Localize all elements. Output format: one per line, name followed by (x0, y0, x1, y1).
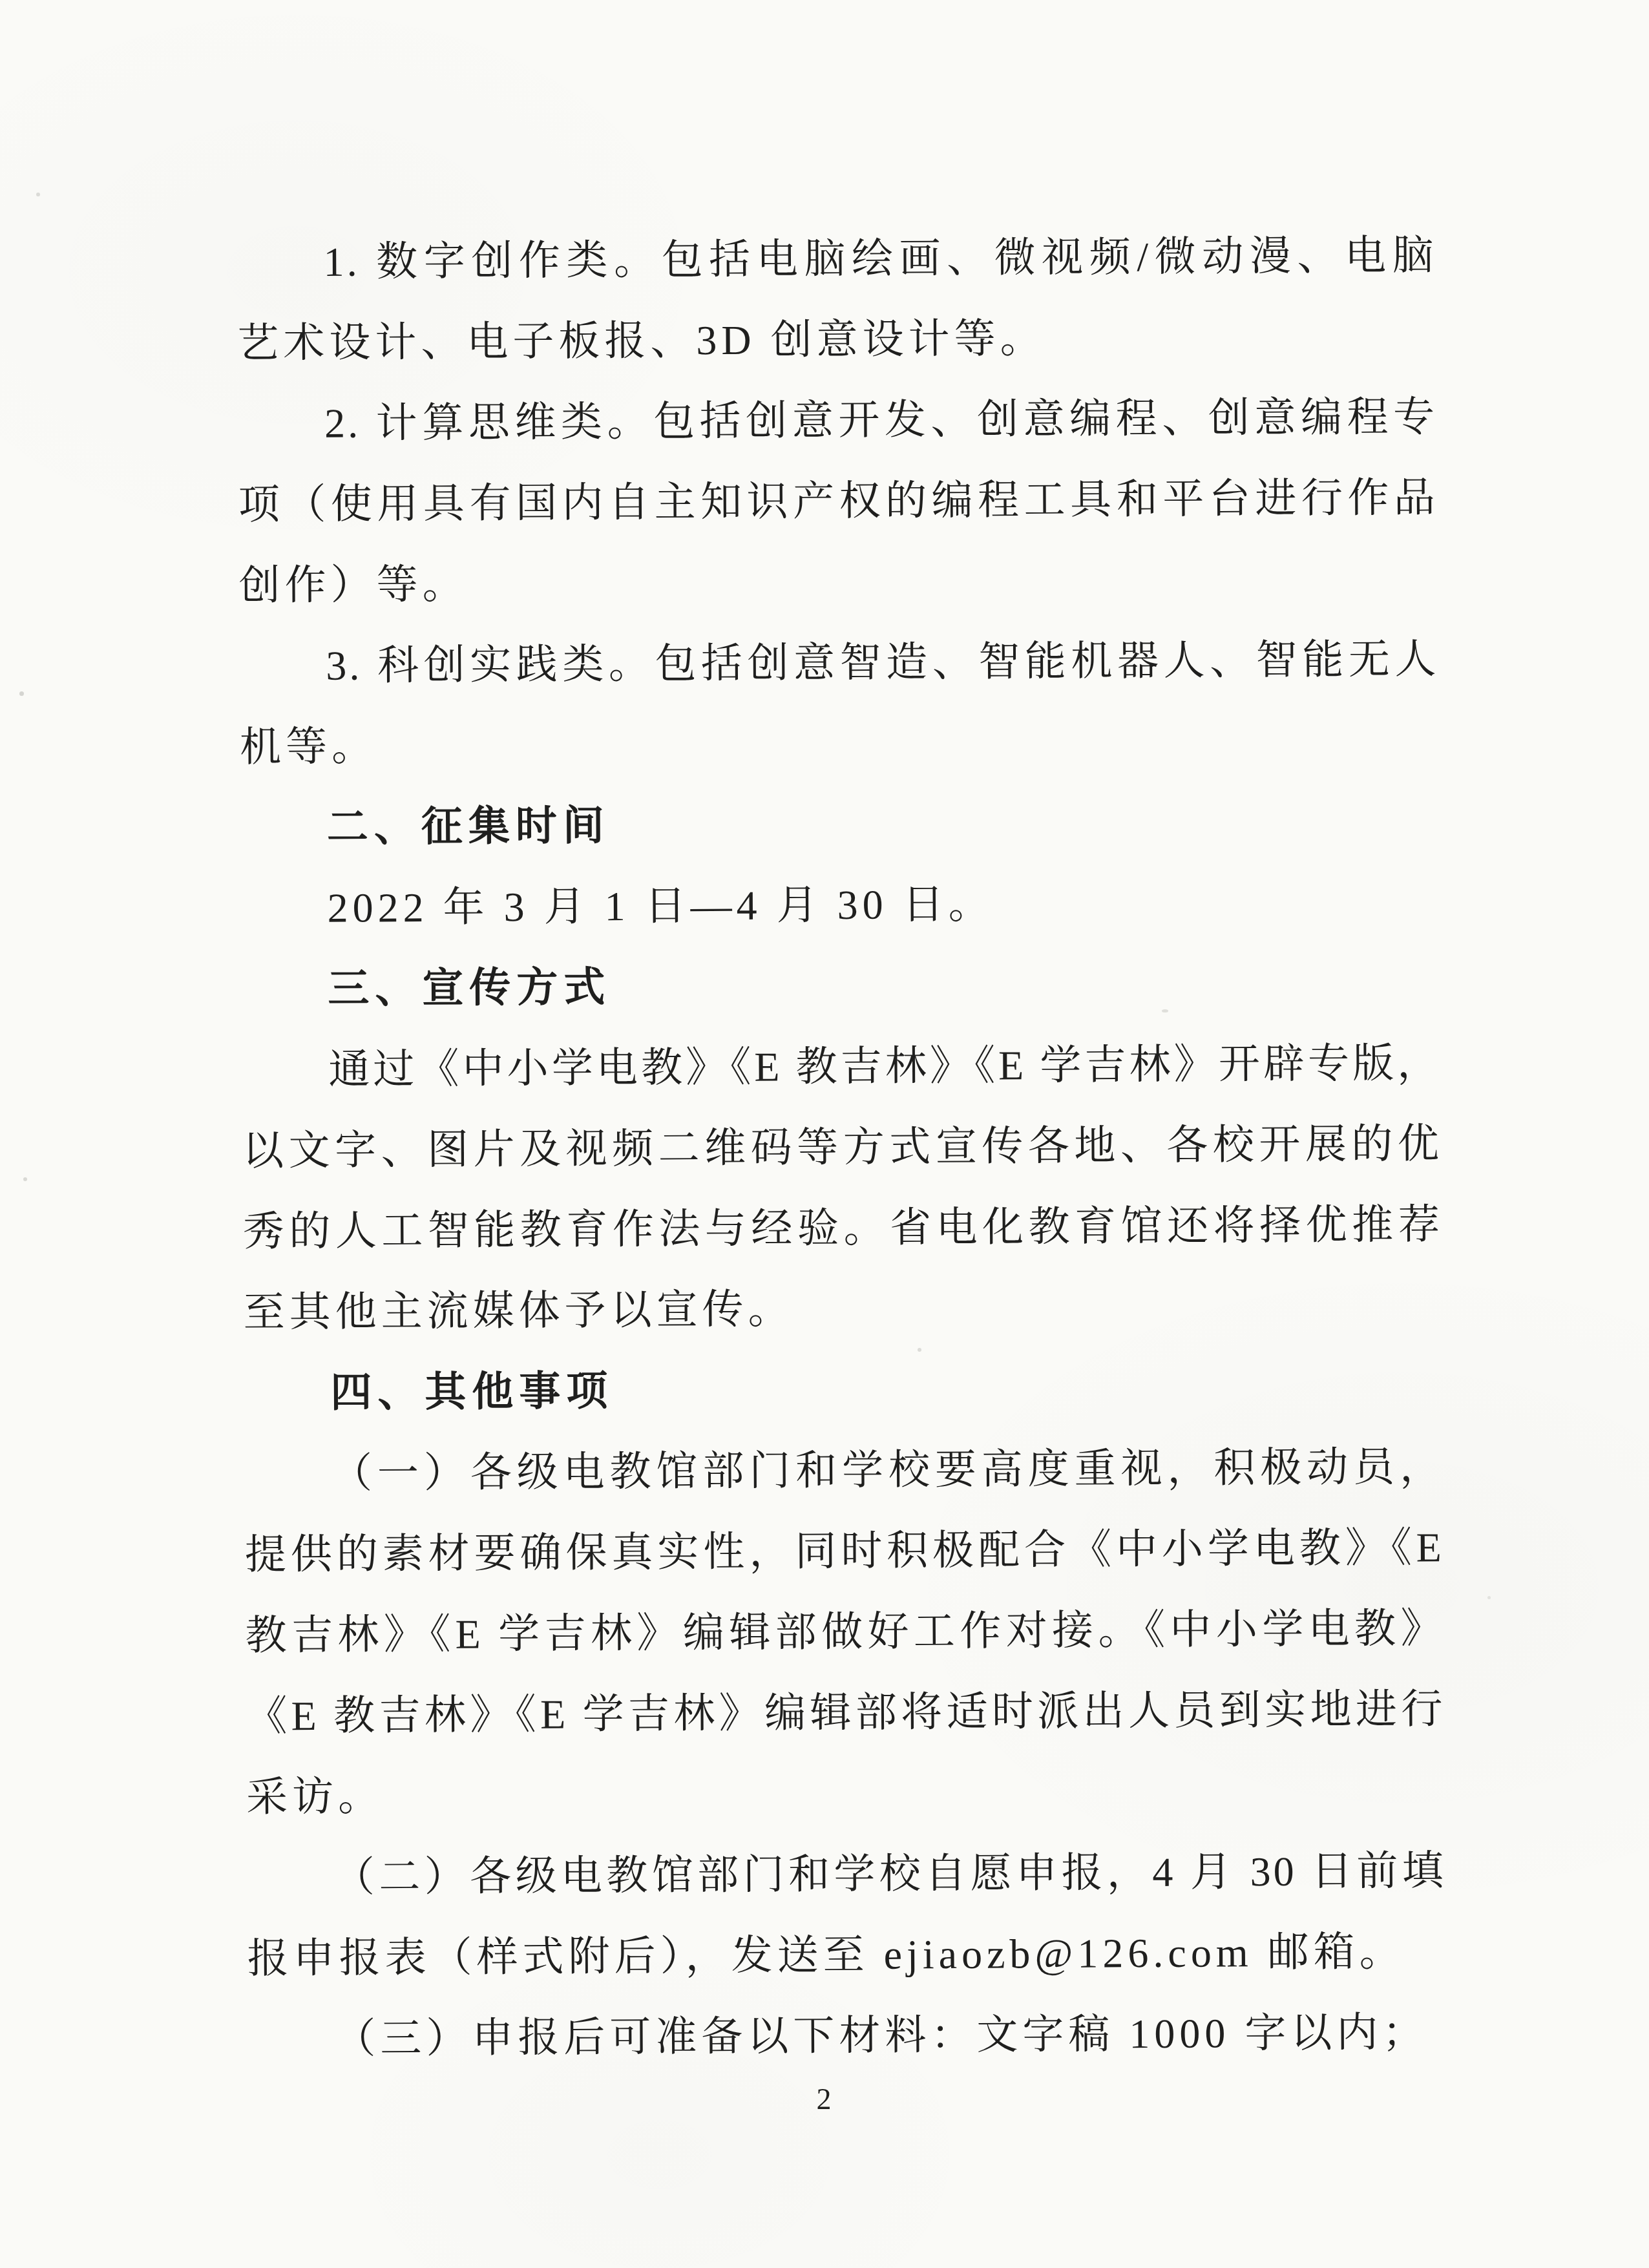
text-line: 《E 教吉林》《E 学吉林》编辑部将适时派出人员到实地进行 (246, 1668, 1445, 1756)
text-line: 秀的人工智能教育作法与经验。省电化教育馆还将择优推荐 (242, 1184, 1442, 1272)
text-line: 3. 科创实践类。包括创意智造、智能机器人、智能无人 (239, 618, 1439, 706)
text-line: （二）各级电教馆部门和学校自愿申报，4 月 30 日前填 (247, 1830, 1447, 1918)
text-line: 机等。 (240, 699, 1440, 787)
text-line: 采访。 (246, 1749, 1446, 1837)
text-line: 创作）等。 (238, 538, 1438, 625)
scan-speck (1487, 1596, 1491, 1599)
scan-speck (19, 691, 24, 696)
text-line: 至其他主流媒体予以宣传。 (243, 1265, 1443, 1352)
scan-speck (23, 1177, 27, 1181)
section-heading: 四、其他事项 (244, 1345, 1444, 1433)
page-number: 2 (0, 2082, 1649, 2116)
text-line: 艺术设计、电子板报、3D 创意设计等。 (237, 295, 1437, 383)
scan-speck (36, 193, 40, 196)
text-line: 以文字、图片及视频二维码等方式宣传各地、各校开展的优 (242, 1103, 1442, 1191)
text-line: 报申报表（样式附后），发送至 ejiaozb@126.com 邮箱。 (247, 1911, 1447, 1999)
text-line: 2022 年 3 月 1 日—4 月 30 日。 (240, 861, 1440, 949)
section-heading: 二、征集时间 (240, 780, 1440, 868)
text-line: （三）申报后可准备以下材料：文字稿 1000 字以内； (247, 1991, 1447, 2079)
text-line: 教吉林》《E 学吉林》编辑部做好工作对接。《中小学电教》 (245, 1588, 1445, 1675)
text-line: 通过《中小学电教》《E 教吉林》《E 学吉林》开辟专版， (242, 1022, 1442, 1110)
text-line: 1. 数字创作类。包括电脑绘画、微视频/微动漫、电脑 (236, 215, 1436, 302)
section-heading: 三、宣传方式 (241, 941, 1441, 1029)
scanned-document-page: 1. 数字创作类。包括电脑绘画、微视频/微动漫、电脑艺术设计、电子板报、3D 创… (0, 0, 1649, 2268)
text-line: 项（使用具有国内自主知识产权的编程工具和平台进行作品 (238, 457, 1438, 545)
document-body: 1. 数字创作类。包括电脑绘画、微视频/微动漫、电脑艺术设计、电子板报、3D 创… (236, 215, 1447, 2079)
text-line: 提供的素材要确保真实性，同时积极配合《中小学电教》《E (244, 1507, 1444, 1595)
text-line: 2. 计算思维类。包括创意开发、创意编程、创意编程专 (238, 376, 1438, 464)
text-line: （一）各级电教馆部门和学校要高度重视，积极动员， (244, 1426, 1444, 1514)
